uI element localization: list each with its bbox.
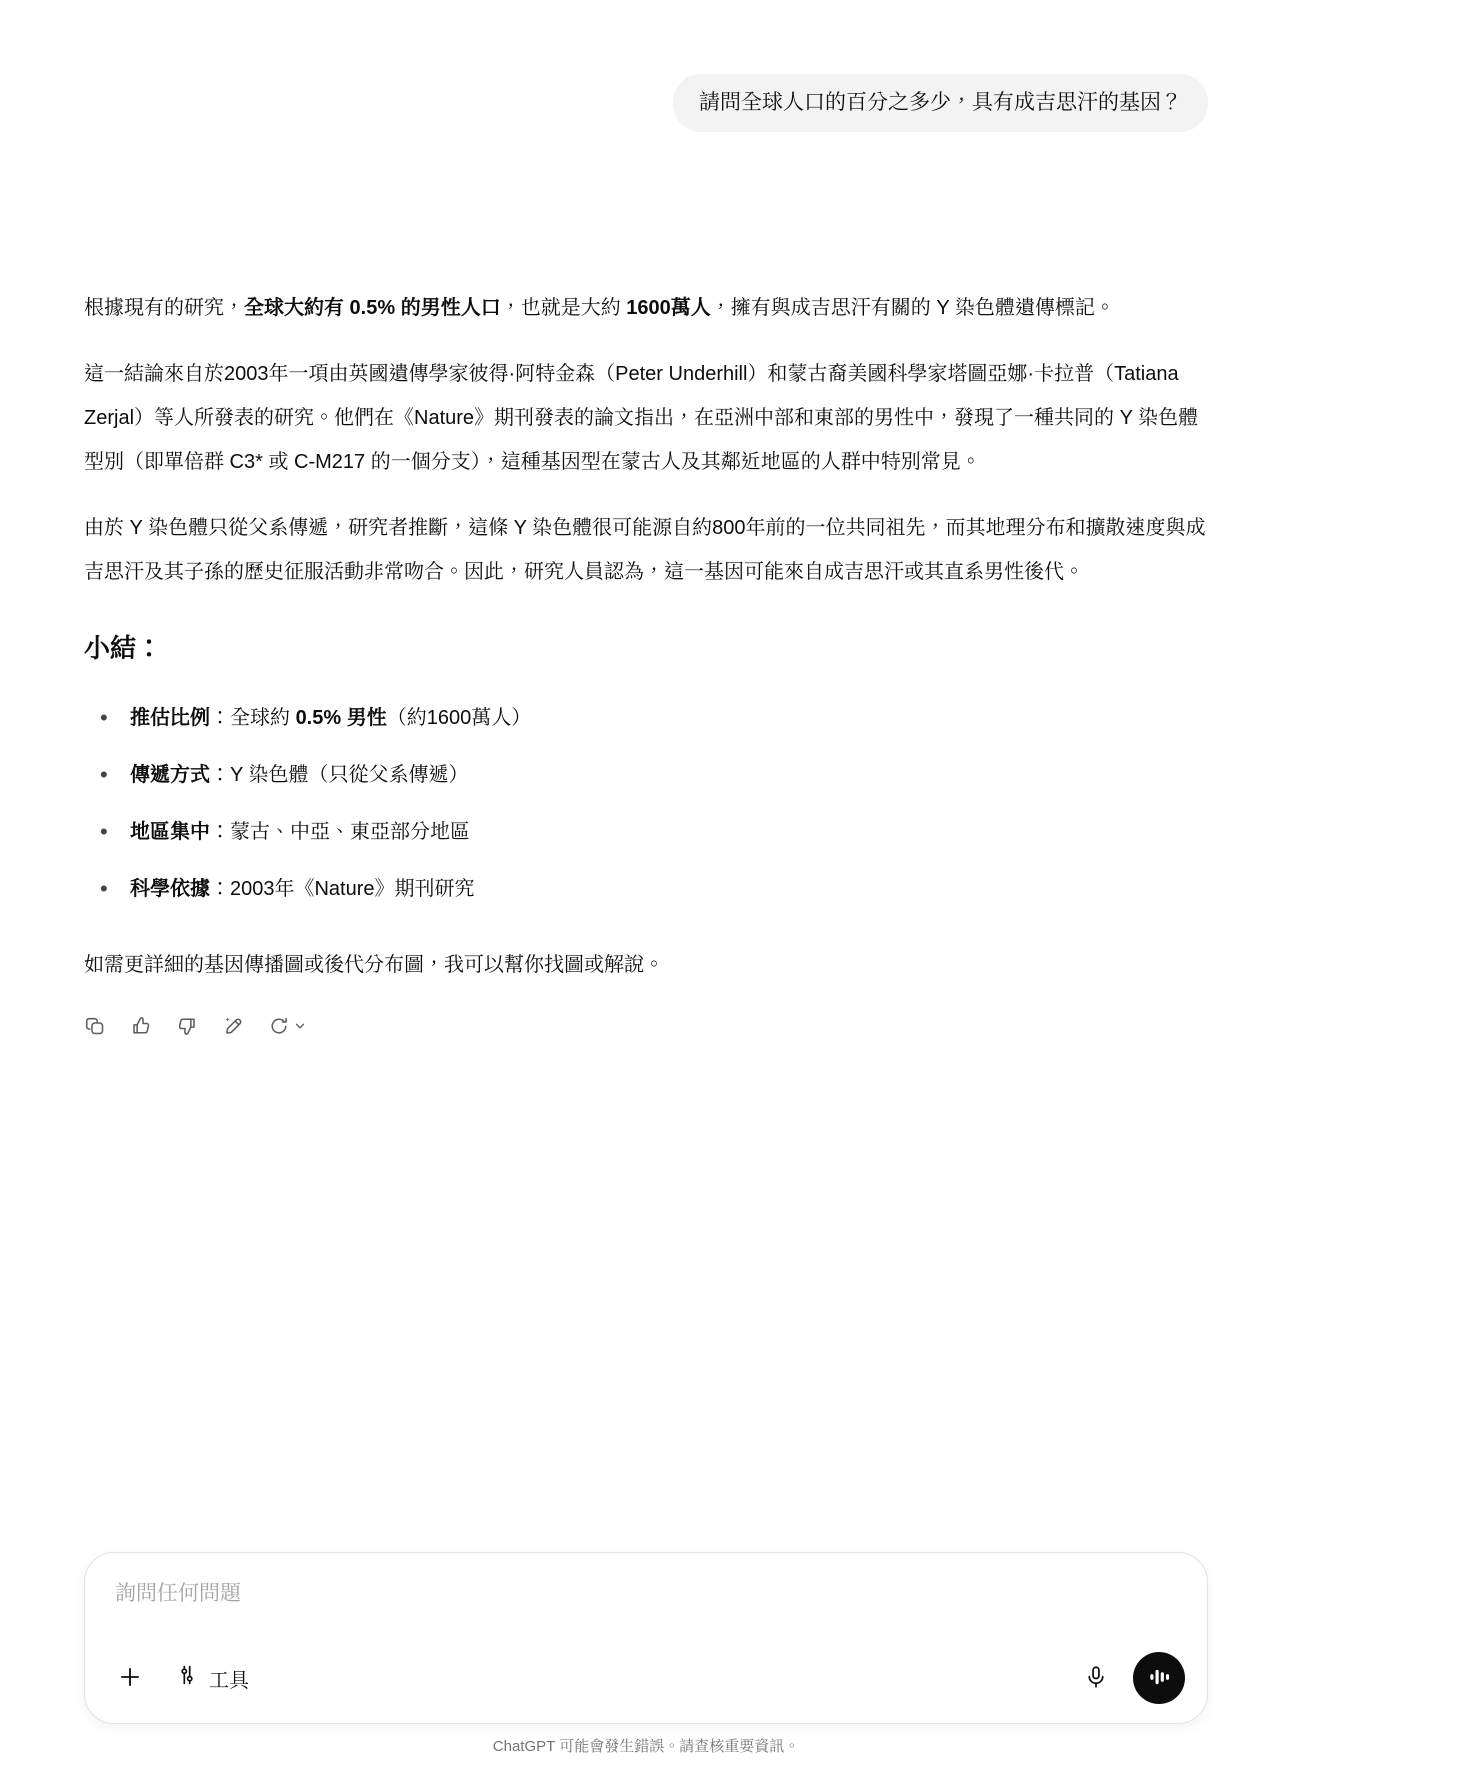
assistant-paragraph: 由於 Y 染色體只從父系傳遞，研究者推斷，這條 Y 染色體很可能源自約800年前… — [84, 506, 1214, 594]
assistant-paragraph: 根據現有的研究，全球大約有 0.5% 的男性人口，也就是大約 1600萬人，擁有… — [84, 286, 1214, 330]
chatgpt-conversation-page: 請問全球人口的百分之多少，具有成吉思汗的基因？ 根據現有的研究，全球大約有 0.… — [0, 0, 1466, 1768]
thumbs-up-icon — [130, 1015, 152, 1037]
edit-button[interactable] — [215, 1010, 251, 1042]
regenerate-button[interactable] — [261, 1010, 314, 1042]
sliders-icon — [175, 1663, 199, 1693]
footer-disclaimer: ChatGPT 可能會發生錯誤。請查核重要資訊。 — [84, 1735, 1208, 1756]
voice-mode-button[interactable] — [1133, 1652, 1185, 1704]
message-action-bar — [77, 1010, 1214, 1042]
microphone-icon — [1083, 1664, 1109, 1693]
composer: 工具 — [84, 1552, 1208, 1724]
tools-button-label: 工具 — [209, 1664, 249, 1693]
summary-bullet-item: 科學依據：2003年《Nature》期刊研究 — [84, 874, 1214, 904]
user-message-bubble: 請問全球人口的百分之多少，具有成吉思汗的基因？ — [673, 74, 1208, 132]
bad-response-button[interactable] — [169, 1010, 205, 1042]
plus-icon — [117, 1664, 143, 1693]
summary-bullet-item: 推估比例：全球約 0.5% 男性（約1600萬人） — [84, 703, 1214, 733]
message-input[interactable] — [113, 1575, 1185, 1651]
user-message-row: 請問全球人口的百分之多少，具有成吉思汗的基因？ — [84, 74, 1208, 132]
thumbs-down-icon — [176, 1015, 198, 1037]
assistant-paragraphs: 根據現有的研究，全球大約有 0.5% 的男性人口，也就是大約 1600萬人，擁有… — [84, 286, 1214, 594]
voice-waveform-icon — [1146, 1664, 1172, 1693]
dictate-button[interactable] — [1079, 1660, 1113, 1697]
chevron-down-icon — [293, 1019, 307, 1033]
summary-bullet-item: 傳遞方式：Y 染色體（只從父系傳遞） — [84, 760, 1214, 790]
assistant-response: 根據現有的研究，全球大約有 0.5% 的男性人口，也就是大約 1600萬人，擁有… — [84, 286, 1214, 1042]
summary-bullet-item: 地區集中：蒙古、中亞、東亞部分地區 — [84, 817, 1214, 847]
edit-icon — [222, 1015, 244, 1037]
copy-icon — [84, 1015, 106, 1037]
good-response-button[interactable] — [123, 1010, 159, 1042]
assistant-paragraph: 這一結論來自於2003年一項由英國遺傳學家彼得·阿特金森（Peter Under… — [84, 352, 1214, 484]
tools-button[interactable]: 工具 — [169, 1659, 255, 1697]
composer-toolbar: 工具 — [113, 1651, 1185, 1705]
closing-paragraph: 如需更詳細的基因傳播圖或後代分布圖，我可以幫你找圖或解說。 — [84, 950, 1214, 980]
attach-button[interactable] — [113, 1660, 147, 1697]
summary-bullet-list: 推估比例：全球約 0.5% 男性（約1600萬人）傳遞方式：Y 染色體（只從父系… — [84, 703, 1214, 904]
summary-heading: 小結： — [84, 628, 1214, 668]
regenerate-icon — [268, 1015, 290, 1037]
copy-button[interactable] — [77, 1010, 113, 1042]
